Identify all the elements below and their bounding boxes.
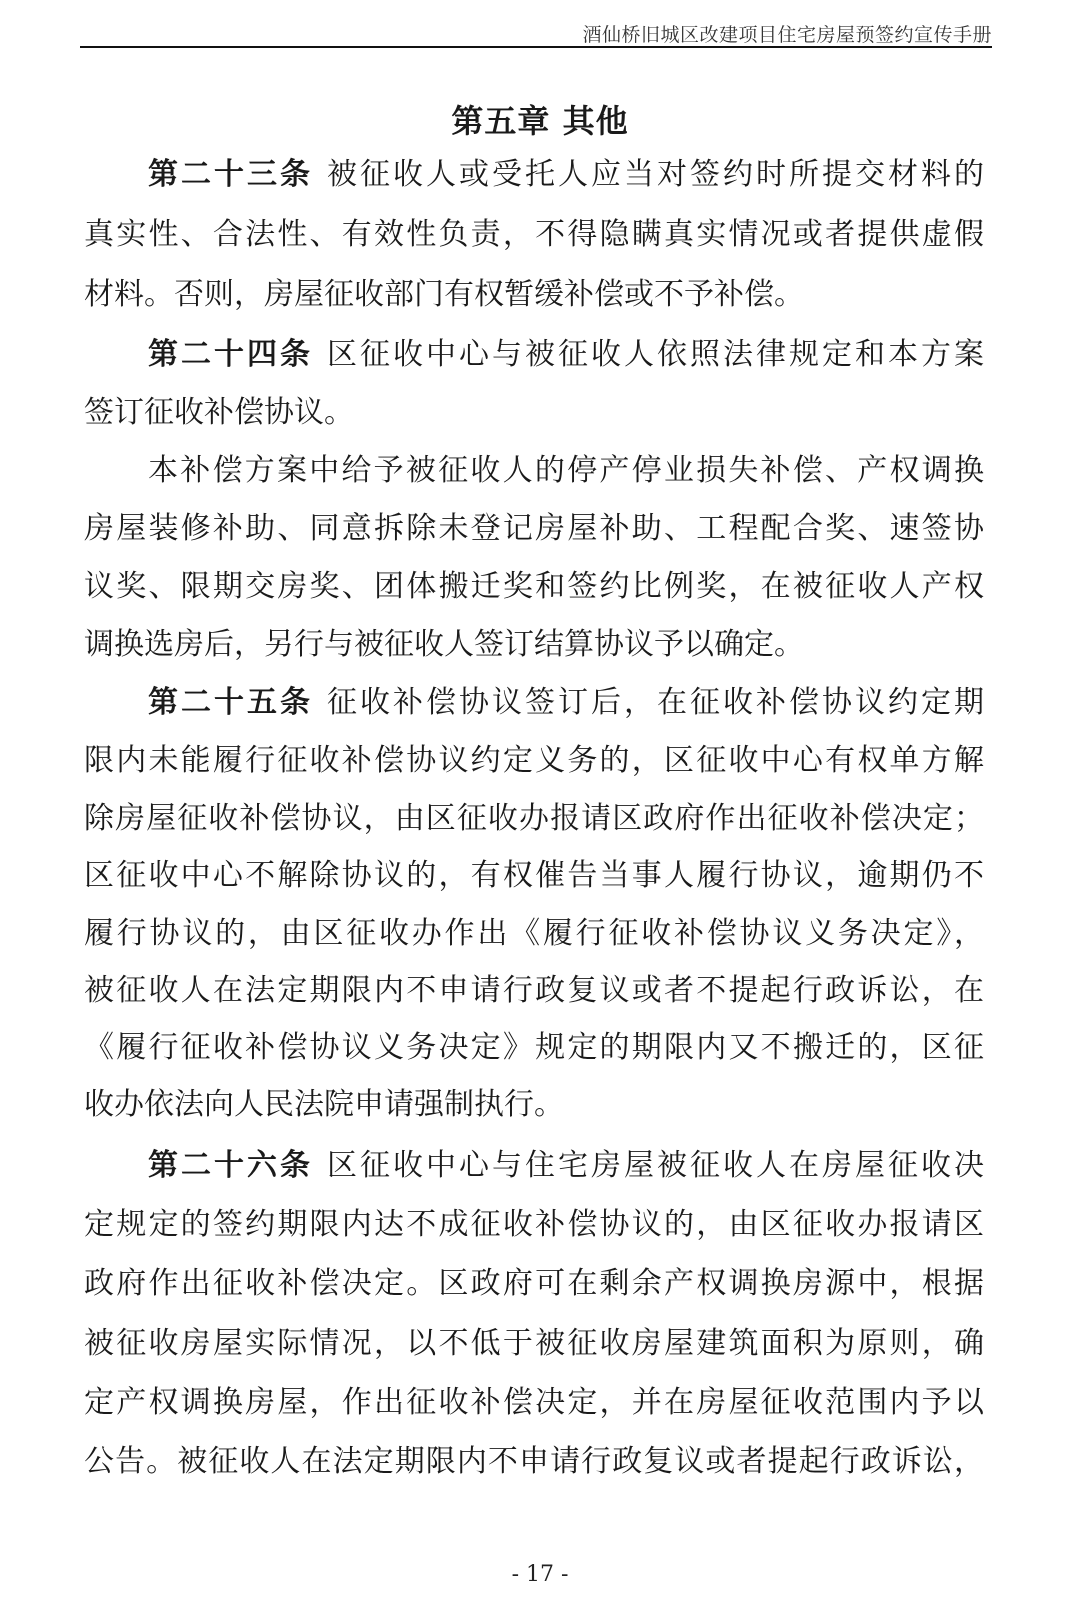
- paragraph-line: 第二十三条被征收人或受托人应当对签约时所提交材料的: [148, 155, 984, 195]
- paragraph-line: 政府作出征收补偿决定。区政府可在剩余产权调换房源中，根据: [84, 1264, 984, 1304]
- paragraph-line: 被征收房屋实际情况，以不低于被征收房屋建筑面积为原则，确: [84, 1324, 984, 1364]
- paragraph-line: 第二十五条征收补偿协议签订后，在征收补偿协议约定期: [148, 683, 984, 723]
- paragraph-line: 定产权调换房屋，作出征收补偿决定，并在房屋征收范围内予以: [84, 1383, 984, 1423]
- article-number: 第二十六条: [148, 1148, 313, 1183]
- paragraph-line: 本补偿方案中给予被征收人的停产停业损失补偿、产权调换: [148, 451, 984, 491]
- paragraph-line: 真实性、合法性、有效性负责，不得隐瞒真实情况或者提供虚假: [84, 215, 984, 255]
- article-number: 第二十五条: [148, 685, 313, 720]
- paragraph-line: 签订征收补偿协议。: [84, 393, 354, 433]
- article-number: 第二十三条: [148, 157, 313, 192]
- document-title: 酒仙桥旧城区改建项目住宅房屋预签约宣传手册: [582, 20, 992, 47]
- paragraph-line: 议奖、限期交房奖、团体搬迁奖和签约比例奖，在被征收人产权: [84, 567, 984, 607]
- paragraph-line: 被征收人在法定期限内不申请行政复议或者不提起行政诉讼，在: [84, 971, 984, 1011]
- article-number: 第二十四条: [148, 337, 313, 372]
- paragraph-line: 房屋装修补助、同意拆除未登记房屋补助、工程配合奖、速签协: [84, 509, 984, 549]
- paragraph-line: 公告。被征收人在法定期限内不申请行政复议或者提起行政诉讼，: [84, 1442, 984, 1482]
- paragraph-line: 第二十六条区征收中心与住宅房屋被征收人在房屋征收决: [148, 1146, 984, 1186]
- paragraph-line: 除房屋征收补偿协议，由区征收办报请区政府作出征收补偿决定；: [84, 799, 984, 839]
- paragraph-line: 履行协议的，由区征收办作出《履行征收补偿协议义务决定》，: [84, 914, 984, 954]
- paragraph-line: 《履行征收补偿协议义务决定》规定的期限内又不搬迁的，区征: [84, 1028, 984, 1068]
- header-divider: [80, 46, 992, 48]
- paragraph-line: 调换选房后，另行与被征收人签订结算协议予以确定。: [84, 625, 804, 665]
- paragraph-line: 限内未能履行征收补偿协议约定义务的，区征收中心有权单方解: [84, 741, 984, 781]
- paragraph-line: 收办依法向人民法院申请强制执行。: [84, 1085, 564, 1125]
- page-number: - 17 -: [0, 1562, 1080, 1587]
- paragraph-line: 定规定的签约期限内达不成征收补偿协议的，由区征收办报请区: [84, 1205, 984, 1245]
- paragraph-line: 材料。否则，房屋征收部门有权暂缓补偿或不予补偿。: [84, 275, 804, 315]
- chapter-title: 第五章 其他: [0, 96, 1080, 142]
- paragraph-line: 区征收中心不解除协议的，有权催告当事人履行协议，逾期仍不: [84, 856, 984, 896]
- paragraph-line: 第二十四条区征收中心与被征收人依照法律规定和本方案: [148, 335, 984, 375]
